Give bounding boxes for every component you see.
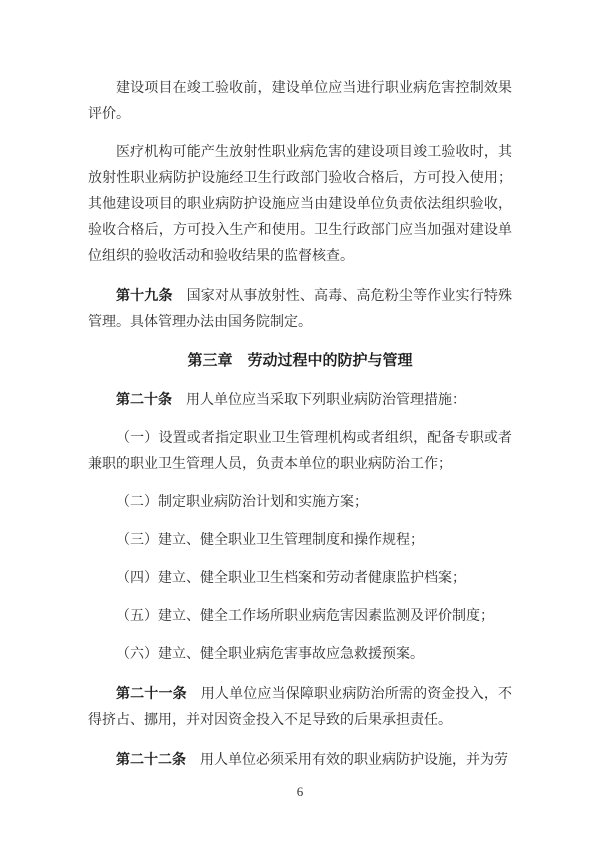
article-20-number: 第二十条 <box>116 391 172 407</box>
chapter-3-heading: 第三章劳动过程中的防护与管理 <box>88 348 512 374</box>
document-content: 建设项目在竣工验收前，建设单位应当进行职业病危害控制效果评价。 医疗机构可能产生… <box>88 76 512 786</box>
article-21-number: 第二十一条 <box>116 685 187 701</box>
paragraph-text: 医疗机构可能产生放射性职业病危害的建设项目竣工验收时，其放射性职业病防护设施经卫… <box>88 145 512 264</box>
article-22: 第二十二条用人单位必须采用有效的职业病防护设施，并为劳 <box>88 746 512 774</box>
article-19-number: 第十九条 <box>116 287 173 303</box>
article-20-item-1: （一）设置或者指定职业卫生管理机构或者组织，配备专职或者兼职的职业卫生管理人员，… <box>88 426 512 478</box>
paragraph-text: 用人单位应当采取下列职业病防治管理措施： <box>186 393 466 408</box>
article-20-item-6: （六）建立、健全职业病危害事故应急救援预案。 <box>88 642 512 668</box>
article-20: 第二十条用人单位应当采取下列职业病防治管理措施： <box>88 386 512 414</box>
article-20-item-5: （五）建立、健全工作场所职业病危害因素监测及评价制度； <box>88 604 512 630</box>
paragraph-text: （二）制定职业病防治计划和实施方案； <box>116 495 368 510</box>
paragraph-text: （五）建立、健全工作场所职业病危害因素监测及评价制度； <box>116 609 494 624</box>
article-20-item-2: （二）制定职业病防治计划和实施方案； <box>88 490 512 516</box>
chapter-title: 劳动过程中的防护与管理 <box>248 352 413 369</box>
article-21: 第二十一条用人单位应当保障职业病防治所需的资金投入，不得挤占、挪用，并对因资金投… <box>88 680 512 734</box>
paragraph-text: （三）建立、健全职业卫生管理制度和操作规程； <box>116 533 424 548</box>
document-page: 建设项目在竣工验收前，建设单位应当进行职业病危害控制效果评价。 医疗机构可能产生… <box>0 0 600 848</box>
paragraph-text: 建设项目在竣工验收前，建设单位应当进行职业病危害控制效果评价。 <box>88 81 512 122</box>
article-20-item-3: （三）建立、健全职业卫生管理制度和操作规程； <box>88 528 512 554</box>
page-number: 6 <box>0 784 600 800</box>
article-22-number: 第二十二条 <box>116 751 186 767</box>
chapter-number: 第三章 <box>187 352 232 369</box>
paragraph-text: 用人单位必须采用有效的职业病防护设施，并为劳 <box>200 753 508 768</box>
paragraph-text: （一）设置或者指定职业卫生管理机构或者组织，配备专职或者兼职的职业卫生管理人员，… <box>88 431 512 472</box>
intro-paragraph-1: 建设项目在竣工验收前，建设单位应当进行职业病危害控制效果评价。 <box>88 76 512 128</box>
article-20-item-4: （四）建立、健全职业卫生档案和劳动者健康监护档案； <box>88 566 512 592</box>
article-19: 第十九条国家对从事放射性、高毒、高危粉尘等作业实行特殊管理。具体管理办法由国务院… <box>88 282 512 336</box>
intro-paragraph-2: 医疗机构可能产生放射性职业病危害的建设项目竣工验收时，其放射性职业病防护设施经卫… <box>88 140 512 270</box>
paragraph-text: （六）建立、健全职业病危害事故应急救援预案。 <box>116 647 424 662</box>
paragraph-text: （四）建立、健全职业卫生档案和劳动者健康监护档案； <box>116 571 466 586</box>
